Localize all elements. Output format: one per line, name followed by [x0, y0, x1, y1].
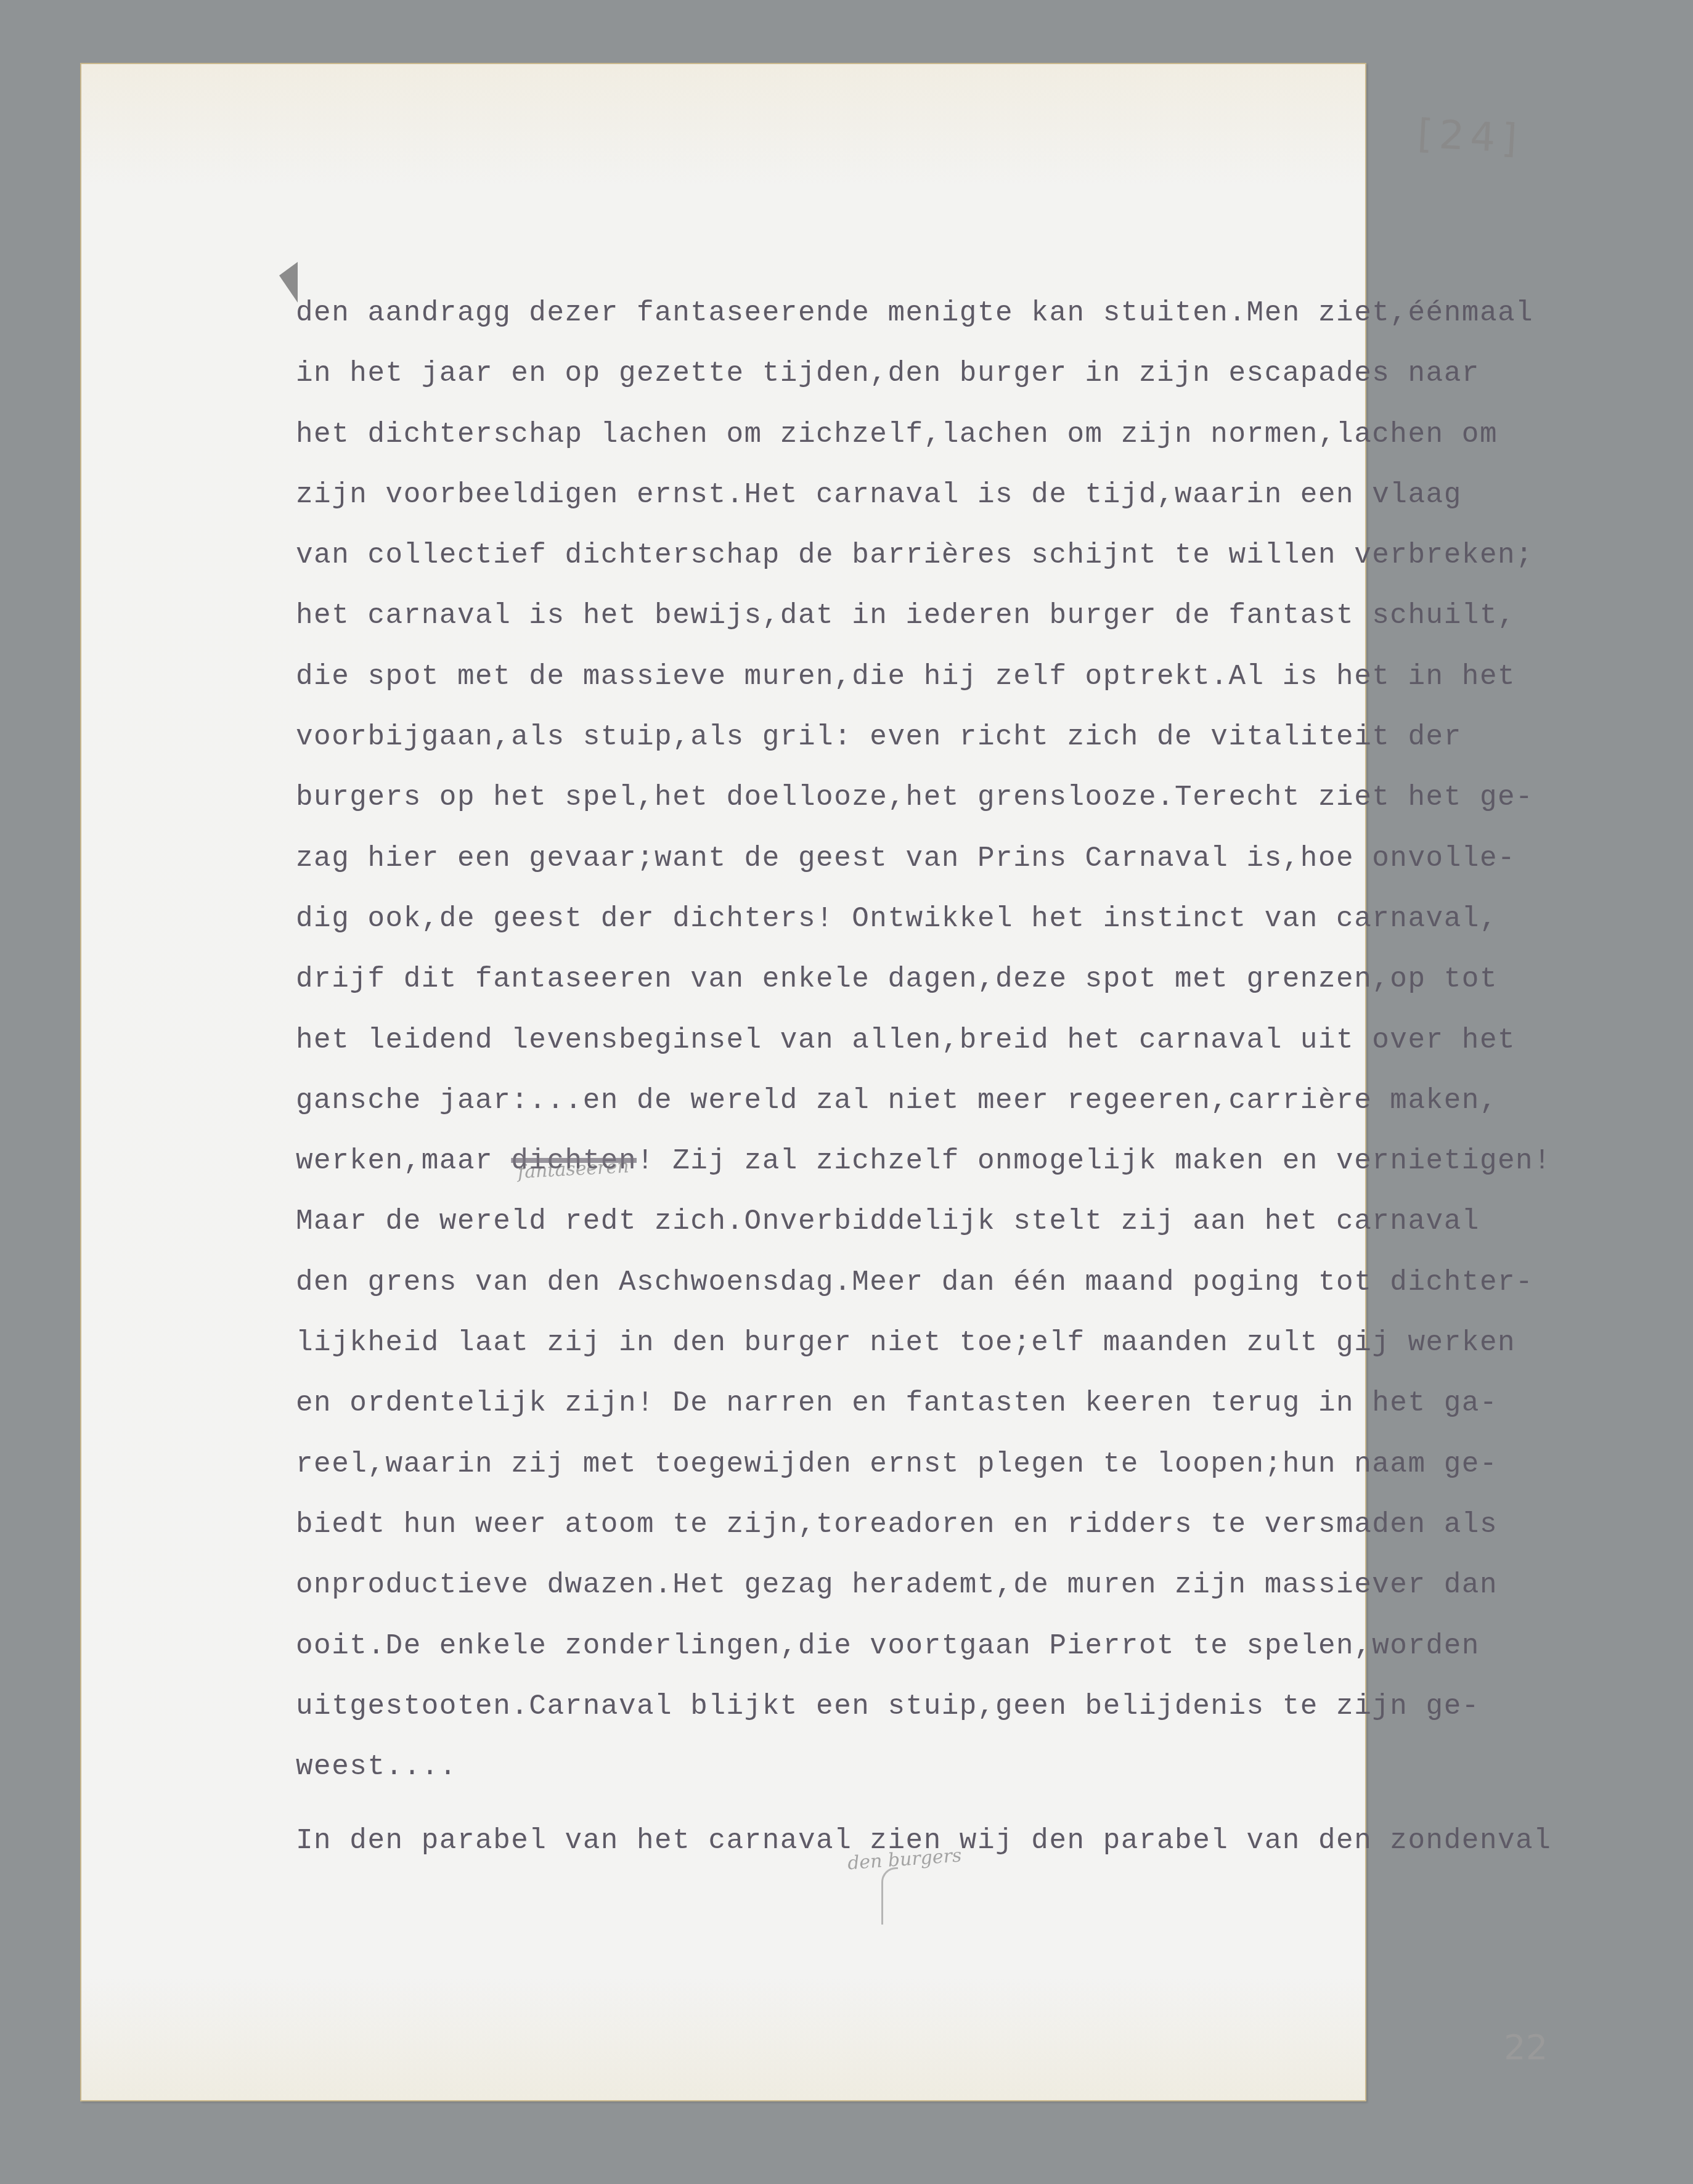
- text-segment: ! Zij zal zichzelf onmogelijk maken en v…: [637, 1145, 1551, 1177]
- text-line: het leidend levensbeginsel van allen,bre…: [296, 1022, 1627, 1082]
- text-line: die spot met de massieve muren,die hij z…: [296, 658, 1627, 719]
- text-line: den grens van den Aschwoensdag.Meer dan …: [296, 1264, 1627, 1324]
- text-line: in het jaar en op gezette tijden,den bur…: [296, 355, 1627, 415]
- text-line: zag hier een gevaar;want de geest van Pr…: [296, 840, 1627, 900]
- final-text-line: In den parabel van het carnaval zien wij…: [296, 1822, 1627, 1883]
- typed-body-text: den aandragg dezer fantaseerende menigte…: [296, 295, 1627, 1883]
- text-line: van collectief dichterschap de barrières…: [296, 537, 1627, 597]
- text-line: reel,waarin zij met toegewijden ernst pl…: [296, 1446, 1627, 1506]
- text-line: het carnaval is het bewijs,dat in iedere…: [296, 597, 1627, 658]
- text-line: uitgestooten.Carnaval blijkt een stuip,g…: [296, 1688, 1627, 1748]
- text-line: weest....: [296, 1748, 1627, 1809]
- text-line: en ordentelijk zijn! De narren en fantas…: [296, 1385, 1627, 1445]
- text-line-with-strike: werken,maar dichten! Zij zal zichzelf on…: [296, 1143, 1627, 1203]
- text-line: zijn voorbeeldigen ernst.Het carnaval is…: [296, 476, 1627, 537]
- struck-word: dichten: [511, 1145, 637, 1177]
- page-number: 22: [1504, 2027, 1548, 2068]
- text-line: den aandragg dezer fantaseerende menigte…: [296, 295, 1627, 355]
- text-line: het dichterschap lachen om zichzelf,lach…: [296, 416, 1627, 476]
- text-line: Maar de wereld redt zich.Onverbiddelijk …: [296, 1203, 1627, 1263]
- text-line: biedt hun weer atoom te zijn,toreadoren …: [296, 1506, 1627, 1567]
- text-line: ooit.De enkele zonderlingen,die voortgaa…: [296, 1628, 1627, 1688]
- tab-marker-icon: [279, 262, 298, 303]
- text-line: dig ook,de geest der dichters! Ontwikkel…: [296, 900, 1627, 961]
- text-line: burgers op het spel,het doellooze,het gr…: [296, 779, 1627, 839]
- text-line: lijkheid laat zij in den burger niet toe…: [296, 1324, 1627, 1385]
- archive-number: [24]: [1416, 112, 1524, 163]
- text-line: gansche jaar:...en de wereld zal niet me…: [296, 1082, 1627, 1143]
- text-segment: werken,maar: [296, 1145, 511, 1177]
- text-line: drijf dit fantaseeren van enkele dagen,d…: [296, 961, 1627, 1021]
- text-line: onproductieve dwazen.Het gezag herademt,…: [296, 1567, 1627, 1627]
- text-line: voorbijgaan,als stuip,als gril: even ric…: [296, 719, 1627, 779]
